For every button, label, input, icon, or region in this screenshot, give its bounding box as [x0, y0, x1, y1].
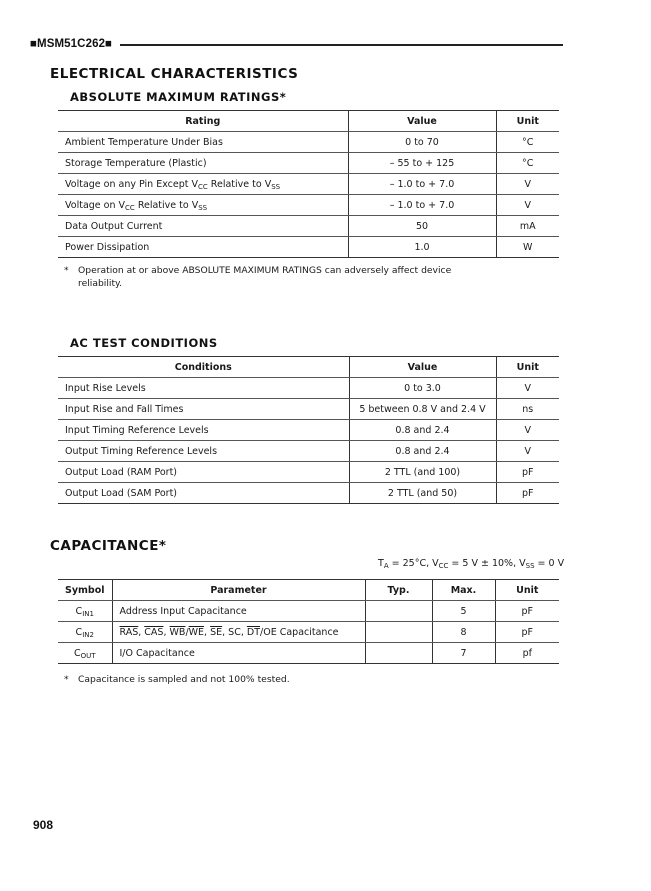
table-row: Ambient Temperature Under Bias 0 to 70 °…: [58, 132, 559, 153]
cond-text: = 5 V ± 10%, V: [448, 558, 525, 569]
capacitance-table: Symbol Parameter Typ. Max. Unit CIN1 Add…: [58, 579, 559, 664]
rating-cell: Voltage on any Pin Except VCC Relative t…: [58, 174, 348, 195]
rating-cell: Power Dissipation: [58, 237, 348, 258]
table-row: Output Timing Reference Levels 0.8 and 2…: [58, 441, 559, 462]
value-cell: 0.8 and 2.4: [349, 441, 496, 462]
col-header-value: Value: [349, 357, 496, 378]
col-header-unit: Unit: [495, 580, 559, 601]
value-cell: 5 between 0.8 V and 2.4 V: [349, 399, 496, 420]
unit-cell: pF: [495, 601, 559, 622]
condition-cell: Input Rise and Fall Times: [58, 399, 349, 420]
parameter-cell: RAS, CAS, WB/WE, SE, SC, DT/OE Capacitan…: [112, 622, 365, 643]
value-cell: – 1.0 to + 7.0: [348, 174, 496, 195]
subscript: SS: [198, 204, 207, 212]
table-row: Voltage on VCC Relative to VSS – 1.0 to …: [58, 195, 559, 216]
table-row: COUT I/O Capacitance 7 pf: [58, 643, 559, 664]
rating-text: Voltage on V: [65, 200, 125, 211]
table-row: CIN1 Address Input Capacitance 5 pF: [58, 601, 559, 622]
unit-cell: V: [496, 174, 559, 195]
abs-max-footnote: Operation at or above ABSOLUTE MAXIMUM R…: [78, 264, 538, 290]
cond-text: = 25°C, V: [389, 558, 439, 569]
separator: , SC,: [222, 627, 247, 638]
col-header-typ: Typ.: [365, 580, 432, 601]
condition-cell: Input Timing Reference Levels: [58, 420, 349, 441]
signal-we: WE: [189, 627, 204, 638]
subscript: CC: [439, 562, 449, 570]
rating-text: Relative to V: [135, 200, 198, 211]
ac-test-title: AC TEST CONDITIONS: [70, 336, 218, 350]
unit-cell: V: [496, 420, 559, 441]
value-cell: 0 to 3.0: [349, 378, 496, 399]
unit-cell: V: [496, 378, 559, 399]
capacitance-footnote: Capacitance is sampled and not 100% test…: [78, 673, 290, 686]
page-title: ELECTRICAL CHARACTERISTICS: [50, 66, 298, 82]
table-header-row: Conditions Value Unit: [58, 357, 559, 378]
table-row: Output Load (SAM Port) 2 TTL (and 50) pF: [58, 483, 559, 504]
table-row: CIN2 RAS, CAS, WB/WE, SE, SC, DT/OE Capa…: [58, 622, 559, 643]
max-cell: 7: [432, 643, 495, 664]
value-cell: 2 TTL (and 100): [349, 462, 496, 483]
col-header-value: Value: [348, 111, 496, 132]
footnote-line: Operation at or above ABSOLUTE MAXIMUM R…: [78, 264, 538, 277]
value-cell: – 55 to + 125: [348, 153, 496, 174]
header-rule: [120, 44, 563, 46]
page-number: 908: [33, 818, 53, 832]
table-header-row: Rating Value Unit: [58, 111, 559, 132]
capacitance-footnote-mark: *: [64, 673, 69, 686]
subscript: SS: [271, 183, 280, 191]
part-number-header: ■MSM51C262■: [30, 38, 112, 50]
col-header-rating: Rating: [58, 111, 348, 132]
col-header-symbol: Symbol: [58, 580, 112, 601]
signal-se: SE: [210, 627, 222, 638]
subscript: CC: [198, 183, 208, 191]
unit-cell: pf: [495, 643, 559, 664]
max-cell: 8: [432, 622, 495, 643]
col-header-unit: Unit: [496, 111, 559, 132]
rating-text: Relative to V: [208, 179, 271, 190]
symbol-text: C: [74, 648, 81, 659]
capacitance-conditions: TA = 25°C, VCC = 5 V ± 10%, VSS = 0 V: [378, 558, 564, 569]
unit-cell: °C: [496, 132, 559, 153]
signal-wb: WB: [170, 627, 186, 638]
table-row: Voltage on any Pin Except VCC Relative t…: [58, 174, 559, 195]
subscript: CC: [125, 204, 135, 212]
rating-cell: Voltage on VCC Relative to VSS: [58, 195, 348, 216]
table-row: Input Timing Reference Levels 0.8 and 2.…: [58, 420, 559, 441]
col-header-max: Max.: [432, 580, 495, 601]
condition-cell: Output Load (SAM Port): [58, 483, 349, 504]
max-cell: 5: [432, 601, 495, 622]
value-cell: 0 to 70: [348, 132, 496, 153]
condition-cell: Output Load (RAM Port): [58, 462, 349, 483]
unit-cell: W: [496, 237, 559, 258]
unit-cell: pF: [496, 462, 559, 483]
rating-text: Voltage on any Pin Except V: [65, 179, 198, 190]
absolute-max-ratings-table: Rating Value Unit Ambient Temperature Un…: [58, 110, 559, 258]
rating-cell: Storage Temperature (Plastic): [58, 153, 348, 174]
footnote-line: reliability.: [78, 277, 538, 290]
symbol-cell: COUT: [58, 643, 112, 664]
table-row: Input Rise and Fall Times 5 between 0.8 …: [58, 399, 559, 420]
col-header-conditions: Conditions: [58, 357, 349, 378]
parameter-text: /OE Capacitance: [260, 627, 339, 638]
value-cell: 0.8 and 2.4: [349, 420, 496, 441]
typ-cell: [365, 643, 432, 664]
symbol-cell: CIN1: [58, 601, 112, 622]
col-header-unit: Unit: [496, 357, 559, 378]
symbol-cell: CIN2: [58, 622, 112, 643]
value-cell: 2 TTL (and 50): [349, 483, 496, 504]
unit-cell: pF: [495, 622, 559, 643]
unit-cell: ns: [496, 399, 559, 420]
table-row: Input Rise Levels 0 to 3.0 V: [58, 378, 559, 399]
table-row: Data Output Current 50 mA: [58, 216, 559, 237]
abs-max-footnote-mark: *: [64, 264, 69, 277]
subscript: IN1: [82, 610, 94, 618]
parameter-cell: I/O Capacitance: [112, 643, 365, 664]
col-header-parameter: Parameter: [112, 580, 365, 601]
unit-cell: V: [496, 441, 559, 462]
table-row: Power Dissipation 1.0 W: [58, 237, 559, 258]
unit-cell: mA: [496, 216, 559, 237]
subscript: OUT: [81, 652, 96, 660]
ac-test-conditions-table: Conditions Value Unit Input Rise Levels …: [58, 356, 559, 504]
value-cell: 1.0: [348, 237, 496, 258]
rating-cell: Ambient Temperature Under Bias: [58, 132, 348, 153]
parameter-cell: Address Input Capacitance: [112, 601, 365, 622]
condition-cell: Input Rise Levels: [58, 378, 349, 399]
rating-cell: Data Output Current: [58, 216, 348, 237]
typ-cell: [365, 622, 432, 643]
abs-max-title: ABSOLUTE MAXIMUM RATINGS*: [70, 90, 286, 104]
signal-dt: DT: [247, 627, 260, 638]
table-row: Output Load (RAM Port) 2 TTL (and 100) p…: [58, 462, 559, 483]
value-cell: 50: [348, 216, 496, 237]
subscript: SS: [526, 562, 535, 570]
unit-cell: °C: [496, 153, 559, 174]
condition-cell: Output Timing Reference Levels: [58, 441, 349, 462]
value-cell: – 1.0 to + 7.0: [348, 195, 496, 216]
subscript: IN2: [82, 631, 94, 639]
table-header-row: Symbol Parameter Typ. Max. Unit: [58, 580, 559, 601]
unit-cell: pF: [496, 483, 559, 504]
unit-cell: V: [496, 195, 559, 216]
signal-cas: CAS: [144, 627, 163, 638]
cond-text: = 0 V: [535, 558, 565, 569]
capacitance-title: CAPACITANCE*: [50, 538, 167, 554]
typ-cell: [365, 601, 432, 622]
signal-ras: RAS: [120, 627, 139, 638]
table-row: Storage Temperature (Plastic) – 55 to + …: [58, 153, 559, 174]
